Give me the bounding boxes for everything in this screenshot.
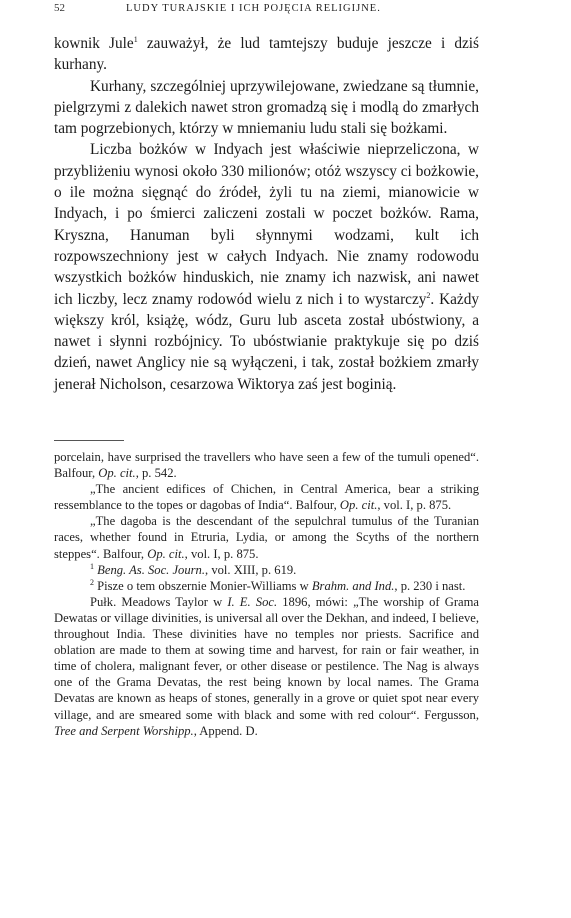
footnote-2: 2 Pisze o tem obszernie Monier-Williams … [54, 578, 479, 594]
footnote-divider [54, 440, 124, 441]
footnote-quote-chichen: „The ancient edifices of Chichen, in Cen… [54, 481, 479, 513]
main-text: kownik Jule1 zauważył, że lud tamtejszy … [54, 33, 479, 395]
page-number: 52 [54, 2, 65, 14]
footnotes: porcelain, have surprised the travellers… [54, 449, 479, 739]
footnote-quote-dagoba: „The dagoba is the descendant of the sep… [54, 513, 479, 561]
running-title: LUDY TURAJSKIE I ICH POJĘCIA RELIGIJNE. [126, 3, 381, 14]
footnote-1: 1 Beng. As. Soc. Journ., vol. XIII, p. 6… [54, 562, 479, 578]
footnote-continuation: porcelain, have surprised the travellers… [54, 449, 479, 481]
page-header: 52 LUDY TURAJSKIE I ICH POJĘCIA RELIGIJN… [54, 3, 514, 19]
paragraph-1: kownik Jule1 zauważył, że lud tamtejszy … [54, 33, 479, 76]
paragraph-2: Kurhany, szczególniej uprzywilejowane, z… [54, 76, 479, 140]
footnote-meadows-taylor: Pułk. Meadows Taylor w I. E. Soc. 1896, … [54, 594, 479, 739]
paragraph-3: Liczba bożków w Indyach jest właściwie n… [54, 139, 479, 395]
